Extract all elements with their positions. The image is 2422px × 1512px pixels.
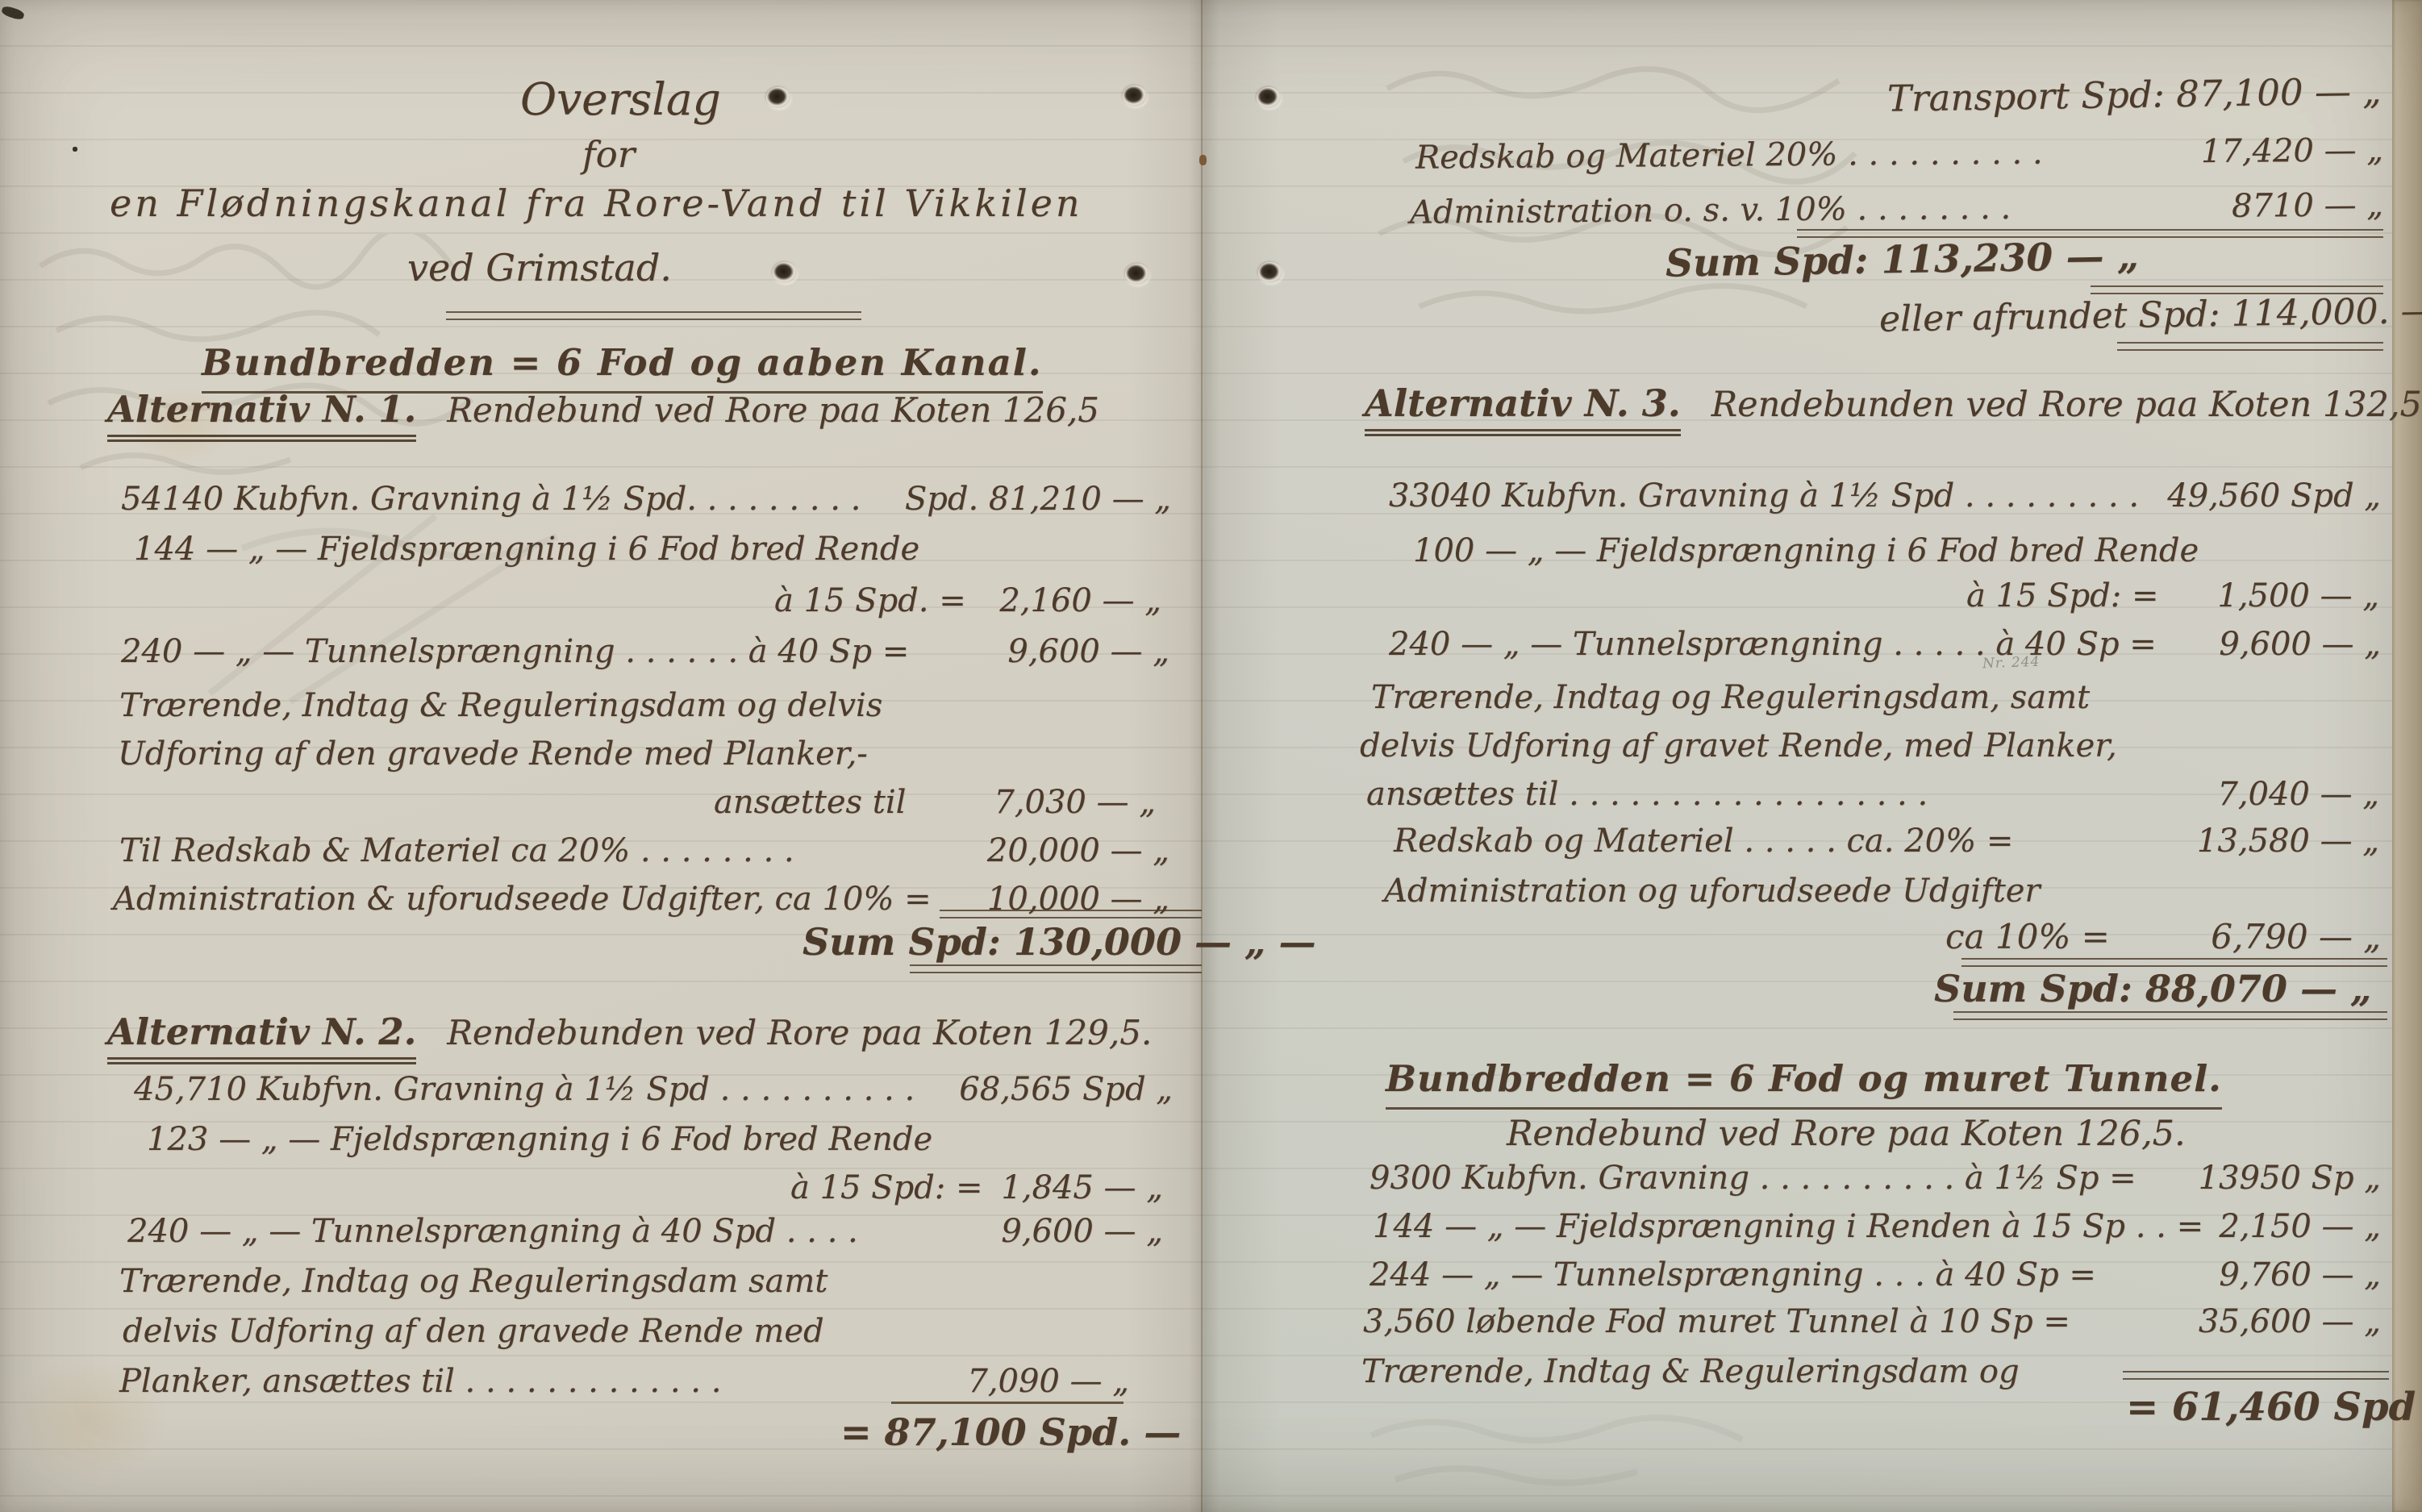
title-line: ved Grimstad. <box>407 247 672 289</box>
stitch-hole <box>1123 85 1147 106</box>
section-subheading: Rendebund ved Rore paa Koten 126,5. <box>1507 1114 2186 1154</box>
estimate-row: Udforing af den gravede Rende med Planke… <box>118 735 868 773</box>
manuscript-scan: Overslag for en Flødningskanal fra Rore-… <box>0 0 2422 1512</box>
alternative-label: Alternativ N. 1. <box>107 389 416 442</box>
sum-rule <box>1953 1011 2387 1020</box>
title-line: for <box>582 134 635 176</box>
estimate-row: Planker, ansættes til . . . . . . . . . … <box>119 1363 1129 1400</box>
stitch-hole <box>1125 264 1149 285</box>
section-heading: Bundbredden = 6 Fod og aaben Kanal. <box>202 342 1043 394</box>
ink-speck <box>1199 155 1207 165</box>
estimate-row: Administration og uforudseede Udgifter <box>1384 873 2041 910</box>
left-page: Overslag for en Flødningskanal fra Rore-… <box>0 0 1202 1512</box>
sum-row: Sum Spd: 113,230 — „ <box>1665 235 2140 285</box>
alternative-2-heading: Alternativ N. 2. Rendebunden ved Rore pa… <box>107 1011 1152 1064</box>
estimate-row: 54140 Kubfvn. Gravning à 1½ Spd. . . . .… <box>121 481 1171 518</box>
row-desc: 45,710 Kubfvn. Gravning à 1½ Spd . . . .… <box>134 1071 915 1108</box>
alternative-label: Alternativ N. 3. <box>1365 382 1681 436</box>
pencil-annotation: Nr. 244 <box>1982 654 2041 672</box>
row-amount: 7,040 — „ <box>2217 776 2379 813</box>
bleedthrough-ghost <box>1363 1403 1782 1492</box>
estimate-row: Administration o. s. v. 10% . . . . . . … <box>1410 186 2383 231</box>
estimate-row: Administration & uforudseede Udgifter, c… <box>113 881 1169 918</box>
estimate-row: 9300 Kubfvn. Gravning . . . . . . . . . … <box>1369 1160 2381 1197</box>
estimate-row: Redskab og Materiel 20% . . . . . . . . … <box>1415 131 2383 176</box>
row-amount: 9,600 — „ <box>2219 626 2381 663</box>
row-amount: 13,580 — „ <box>2197 823 2379 860</box>
section-heading: Bundbredden = 6 Fod og muret Tunnel. <box>1386 1058 2222 1110</box>
alternative-label: Alternativ N. 2. <box>107 1011 416 1064</box>
row-amount: 9,760 — „ <box>2219 1256 2381 1293</box>
estimate-row: ansættes til . . . . . . . . . . . . . .… <box>1366 776 2379 813</box>
row-desc: ca 10% = <box>1945 918 2110 956</box>
row-amount: 2,150 — „ <box>2219 1208 2381 1245</box>
right-page: Transport Spd: 87,100 — „ Redskab og Mat… <box>1202 0 2422 1512</box>
alternative-desc: Rendebunden ved Rore paa Koten 132,5. <box>1711 385 2422 425</box>
row-amount: 10,000 — „ <box>987 881 1169 918</box>
estimate-row: 45,710 Kubfvn. Gravning à 1½ Spd . . . .… <box>134 1071 1173 1108</box>
row-desc: à 15 Spd: = <box>1966 577 2159 614</box>
row-amount: 7,090 — „ <box>967 1363 1129 1400</box>
fold-crease <box>1201 0 1203 1512</box>
row-amount: 6,790 — „ <box>2211 918 2381 956</box>
estimate-row: Trærende, Indtag og Reguleringsdam samt <box>119 1263 827 1300</box>
alternative-1-heading: Alternativ N. 1. Rendebund ved Rore paa … <box>107 389 1099 442</box>
sum-rule <box>2123 1371 2389 1380</box>
row-amount: Spd. 81,210 — „ <box>905 481 1171 518</box>
row-desc: Redskab og Materiel 20% . . . . . . . . … <box>1415 135 2043 177</box>
estimate-row: Trærende, Indtag og Reguleringsdam, samt <box>1371 679 2090 716</box>
stitch-hole <box>1257 87 1281 108</box>
row-desc: 33040 Kubfvn. Gravning à 1½ Spd . . . . … <box>1389 477 2139 514</box>
estimate-row: 240 — „ — Tunnelsprængning . . . . . à 4… <box>1389 626 2381 663</box>
row-amount: 35,600 — „ <box>2199 1303 2381 1340</box>
rounded-total-row: eller afrundet Spd: 114,000. — „ <box>1879 290 2422 340</box>
row-desc: Administration & uforudseede Udgifter, c… <box>113 881 932 918</box>
page-total-row: = 61,460 Spd „ <box>2126 1385 2422 1430</box>
row-desc: à 15 Spd: = <box>790 1169 983 1206</box>
alternative-3-heading: Alternativ N. 3. Rendebunden ved Rore pa… <box>1365 382 2422 436</box>
estimate-row: 244 — „ — Tunnelsprængning . . . à 40 Sp… <box>1369 1256 2381 1293</box>
row-amount: 20,000 — „ <box>987 832 1169 869</box>
sum-rule <box>1961 958 2387 967</box>
row-amount: 7,030 — „ <box>994 784 1156 821</box>
row-amount: 1,845 — „ <box>1001 1169 1163 1206</box>
estimate-row: 240 — „ — Tunnelsprængning . . . . . . à… <box>121 633 1169 670</box>
stitch-hole <box>1258 262 1282 283</box>
row-desc: 9300 Kubfvn. Gravning . . . . . . . . . … <box>1369 1160 2136 1197</box>
estimate-row: 123 — „ — Fjeldsprængning i 6 Fod bred R… <box>147 1121 932 1158</box>
row-desc: 144 — „ — Fjeldsprængning i Renden à 15 … <box>1373 1208 2203 1245</box>
estimate-row: 144 — „ — Fjeldsprængning i Renden à 15 … <box>1373 1208 2381 1245</box>
row-desc: 240 — „ — Tunnelsprængning . . . . . à 4… <box>1389 626 2157 663</box>
row-amount: 13950 Sp „ <box>2199 1160 2381 1197</box>
transport-row: Transport Spd: 87,100 — „ <box>1887 70 2382 119</box>
row-desc: 244 — „ — Tunnelsprængning . . . à 40 Sp… <box>1369 1256 2096 1293</box>
row-desc: Til Redskab & Materiel ca 20% . . . . . … <box>119 832 794 869</box>
estimate-row: delvis Udforing af gravet Rende, med Pla… <box>1360 727 2117 764</box>
estimate-row: ansættes til 7,030 — „ <box>714 784 1156 821</box>
row-desc: 240 — „ — Tunnelsprængning . . . . . . à… <box>121 633 909 670</box>
estimate-row: 100 — „ — Fjeldsprængning i 6 Fod bred R… <box>1413 532 2199 569</box>
row-desc: 240 — „ — Tunnelsprængning à 40 Spd . . … <box>127 1213 858 1250</box>
row-desc: 54140 Kubfvn. Gravning à 1½ Spd. . . . .… <box>121 481 861 518</box>
estimate-row: 240 — „ — Tunnelsprængning à 40 Spd . . … <box>127 1213 1163 1250</box>
row-desc: ansættes til . . . . . . . . . . . . . .… <box>1366 776 1928 813</box>
row-desc: à 15 Spd. = <box>774 582 966 619</box>
estimate-row: 33040 Kubfvn. Gravning à 1½ Spd . . . . … <box>1389 477 2381 514</box>
estimate-row: 144 — „ — Fjeldsprængning i 6 Fod bred R… <box>134 531 919 568</box>
row-amount: 8710 — „ <box>2232 186 2383 224</box>
sum-rule <box>2117 342 2383 351</box>
estimate-row: delvis Udforing af den gravede Rende med <box>123 1313 824 1350</box>
row-amount: 1,500 — „ <box>2217 577 2379 614</box>
row-amount: 9,600 — „ <box>1007 633 1169 670</box>
estimate-row: à 15 Spd: = 1,500 — „ <box>1966 577 2379 614</box>
estimate-row: ca 10% = 6,790 — „ <box>1945 918 2381 956</box>
estimate-row: 3,560 løbende Fod muret Tunnel à 10 Sp =… <box>1363 1303 2381 1340</box>
row-desc: ansættes til <box>714 784 906 821</box>
stitch-hole <box>773 262 797 283</box>
row-desc: Administration o. s. v. 10% . . . . . . … <box>1410 190 2011 231</box>
sum-rule <box>910 964 1202 973</box>
estimate-row: Til Redskab & Materiel ca 20% . . . . . … <box>119 832 1169 869</box>
row-amount: 49,560 Spd „ <box>2167 477 2381 514</box>
estimate-row: Trærende, Indtag & Reguleringsdam og <box>1361 1353 2020 1390</box>
title-line: en Flødningskanal fra Rore-Vand til Vikk… <box>110 182 1083 225</box>
estimate-row: Trærende, Indtag & Reguleringsdam og del… <box>119 687 882 724</box>
estimate-row: à 15 Spd. = 2,160 — „ <box>774 582 1161 619</box>
row-amount: 17,420 — „ <box>2201 131 2383 170</box>
row-desc: 3,560 løbende Fod muret Tunnel à 10 Sp = <box>1363 1303 2070 1340</box>
page-edge <box>2392 0 2422 1512</box>
row-amount: 68,565 Spd „ <box>959 1071 1173 1108</box>
row-amount: 9,600 — „ <box>1001 1213 1163 1250</box>
title-rule <box>446 311 861 320</box>
alternative-desc: Rendebund ved Rore paa Koten 126,5 <box>447 391 1099 430</box>
estimate-row: à 15 Spd: = 1,845 — „ <box>790 1169 1163 1206</box>
sum-rule <box>891 1402 1123 1404</box>
stitch-hole <box>766 87 790 108</box>
page-total-row: = 87,100 Spd. — <box>840 1411 1181 1454</box>
sum-row: Sum Spd: 130,000 — „ — <box>802 921 1315 964</box>
estimate-row: Redskab og Materiel . . . . . ca. 20% = … <box>1394 823 2379 860</box>
alternative-desc: Rendebunden ved Rore paa Koten 129,5. <box>447 1014 1152 1052</box>
sum-row: Sum Spd: 88,070 — „ <box>1934 968 2371 1010</box>
row-desc: Redskab og Materiel . . . . . ca. 20% = <box>1394 823 2013 860</box>
row-desc: Planker, ansættes til . . . . . . . . . … <box>119 1363 721 1400</box>
row-amount: 2,160 — „ <box>999 582 1161 619</box>
title-line: Overslag <box>520 74 721 125</box>
ink-speck <box>73 147 77 152</box>
